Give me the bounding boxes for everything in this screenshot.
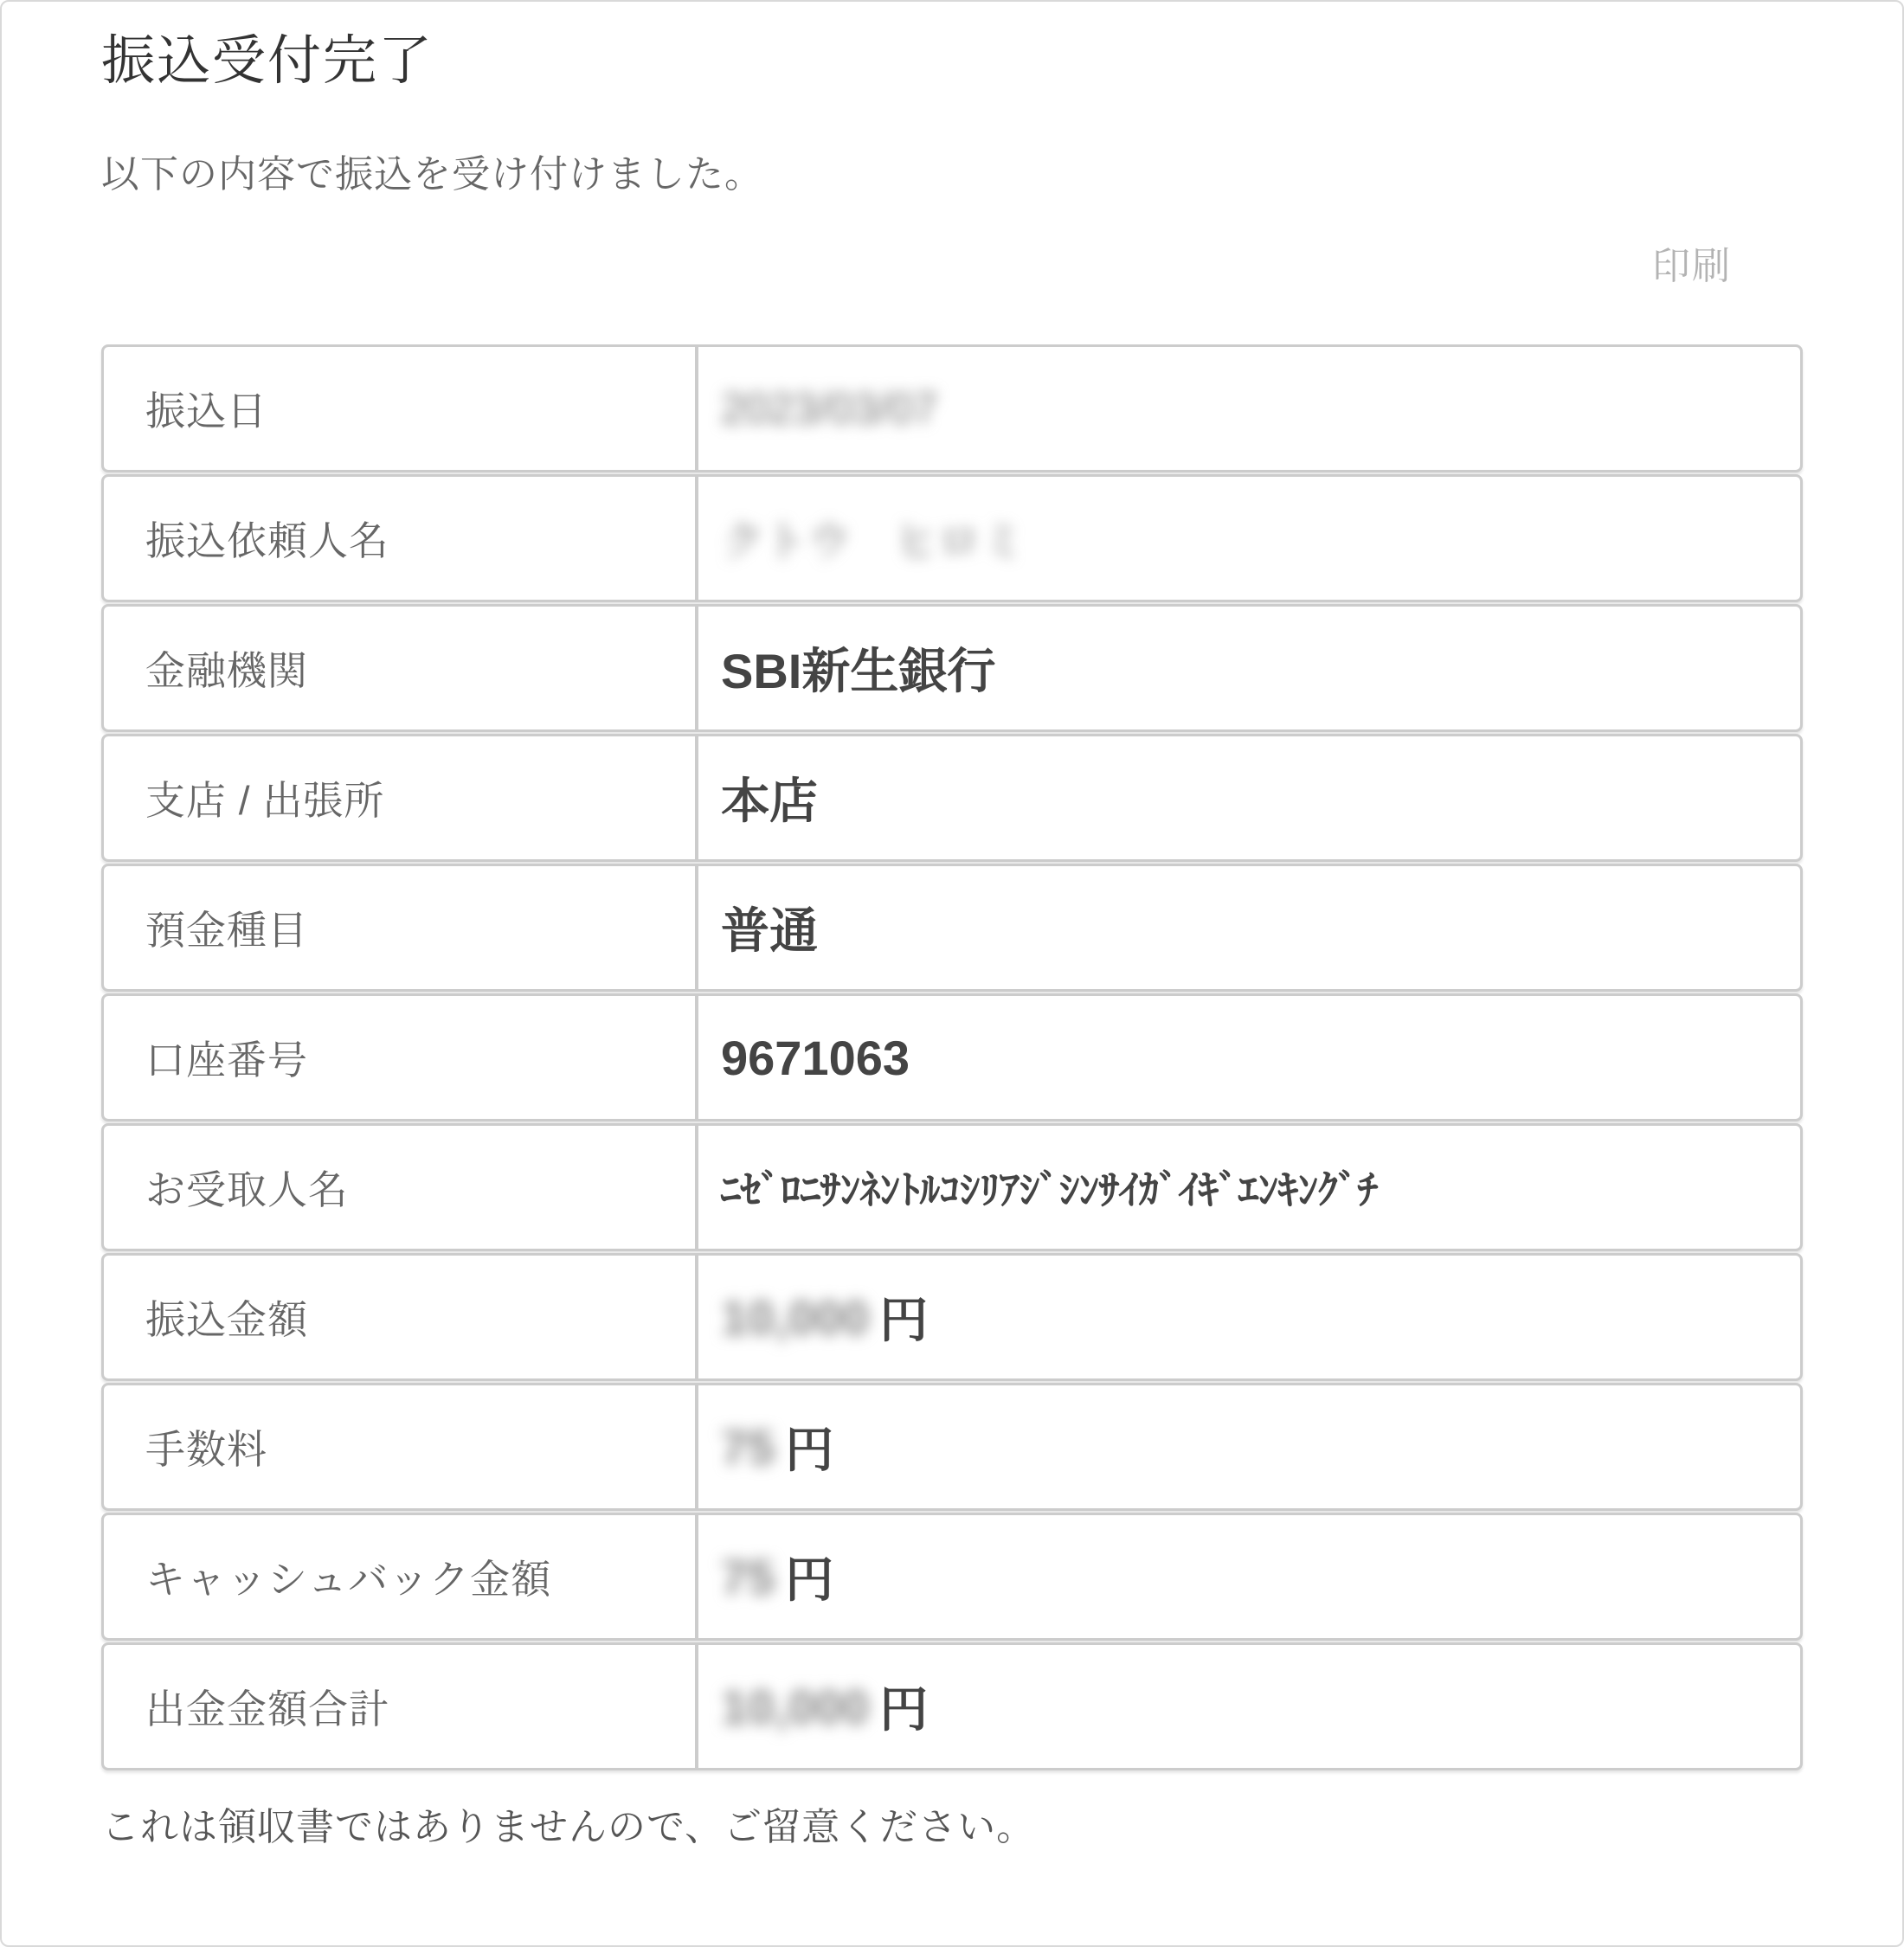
row-value-cell: 9671063 bbox=[698, 996, 1800, 1119]
print-link[interactable]: 印刷 bbox=[1652, 245, 1732, 287]
page-title: 振込受付完了 bbox=[101, 35, 1803, 88]
row-value-cell: SBI新生銀行 bbox=[698, 607, 1800, 729]
row-label: 振込依頼人名 bbox=[104, 477, 698, 600]
row-value-cell: クトウ ヒロミ bbox=[698, 477, 1800, 600]
row-value-cell: 2023/03/07 bbox=[698, 347, 1800, 470]
row-value-cell: 10,000円 bbox=[698, 1256, 1800, 1378]
row-value-cell: ﾆｾﾞﾛﾆｻﾝﾈﾝﾄﾙｺｼﾘｱｼﾞｼﾝｻｲｶﾞｲｷﾞｴﾝｷﾝｸﾞﾁ bbox=[698, 1126, 1800, 1249]
table-row: 口座番号9671063 bbox=[101, 993, 1803, 1121]
receipt-disclaimer: これは領収書ではありませんので、ご留意ください。 bbox=[101, 1805, 1803, 1851]
row-label: 出金金額合計 bbox=[104, 1645, 698, 1768]
row-value-redacted: 75 bbox=[721, 1549, 775, 1605]
row-label: 振込金額 bbox=[104, 1256, 698, 1378]
table-row: キャッシュバック金額75円 bbox=[101, 1513, 1803, 1641]
row-value-cell: 75円 bbox=[698, 1385, 1800, 1508]
row-value-redacted: クトウ ヒロミ bbox=[721, 507, 1024, 569]
transfer-details-table: 振込日2023/03/07振込依頼人名クトウ ヒロミ金融機関SBI新生銀行支店 … bbox=[101, 344, 1803, 1770]
row-label: 預金種目 bbox=[104, 866, 698, 989]
row-value: 9671063 bbox=[721, 1030, 910, 1086]
row-value-cell: 75円 bbox=[698, 1515, 1800, 1638]
table-row: 支店 / 出張所本店 bbox=[101, 734, 1803, 862]
row-value: SBI新生銀行 bbox=[721, 633, 995, 703]
row-value: ﾆｾﾞﾛﾆｻﾝﾈﾝﾄﾙｺｼﾘｱｼﾞｼﾝｻｲｶﾞｲｷﾞｴﾝｷﾝｸﾞﾁ bbox=[721, 1159, 1378, 1216]
row-label: キャッシュバック金額 bbox=[104, 1515, 698, 1638]
row-label: 支店 / 出張所 bbox=[104, 736, 698, 859]
row-label: 金融機関 bbox=[104, 607, 698, 729]
row-value-cell: 普通 bbox=[698, 866, 1800, 989]
table-row: 預金種目普通 bbox=[101, 864, 1803, 992]
row-label: 手数料 bbox=[104, 1385, 698, 1508]
row-value-cell: 本店 bbox=[698, 736, 1800, 859]
row-value-redacted: 10,000 bbox=[721, 1289, 869, 1346]
table-row: 出金金額合計10,000円 bbox=[101, 1642, 1803, 1770]
table-row: お受取人名ﾆｾﾞﾛﾆｻﾝﾈﾝﾄﾙｺｼﾘｱｼﾞｼﾝｻｲｶﾞｲｷﾞｴﾝｷﾝｸﾞﾁ bbox=[101, 1123, 1803, 1251]
table-row: 振込金額10,000円 bbox=[101, 1253, 1803, 1381]
row-label: 口座番号 bbox=[104, 996, 698, 1119]
row-label: 振込日 bbox=[104, 347, 698, 470]
row-value-redacted: 75 bbox=[721, 1419, 775, 1475]
currency-suffix: 円 bbox=[785, 1412, 833, 1481]
row-value-cell: 10,000円 bbox=[698, 1645, 1800, 1768]
table-row: 手数料75円 bbox=[101, 1383, 1803, 1511]
currency-suffix: 円 bbox=[879, 1672, 928, 1741]
row-label: お受取人名 bbox=[104, 1126, 698, 1249]
table-row: 振込日2023/03/07 bbox=[101, 344, 1803, 472]
table-row: 金融機関SBI新生銀行 bbox=[101, 604, 1803, 732]
print-row: 印刷 bbox=[101, 247, 1803, 286]
row-value-redacted: 10,000 bbox=[721, 1679, 869, 1735]
row-value: 普通 bbox=[721, 893, 818, 962]
currency-suffix: 円 bbox=[879, 1282, 928, 1352]
currency-suffix: 円 bbox=[785, 1542, 833, 1611]
page-content: 振込受付完了 以下の内容で振込を受け付けました。 印刷 振込日2023/03/0… bbox=[2, 35, 1902, 1851]
row-value: 本店 bbox=[721, 763, 818, 832]
transfer-complete-page: 振込受付完了 以下の内容で振込を受け付けました。 印刷 振込日2023/03/0… bbox=[0, 0, 1904, 1947]
page-subtitle: 以下の内容で振込を受け付けました。 bbox=[101, 156, 1803, 194]
table-row: 振込依頼人名クトウ ヒロミ bbox=[101, 474, 1803, 602]
row-value-redacted: 2023/03/07 bbox=[721, 383, 937, 434]
